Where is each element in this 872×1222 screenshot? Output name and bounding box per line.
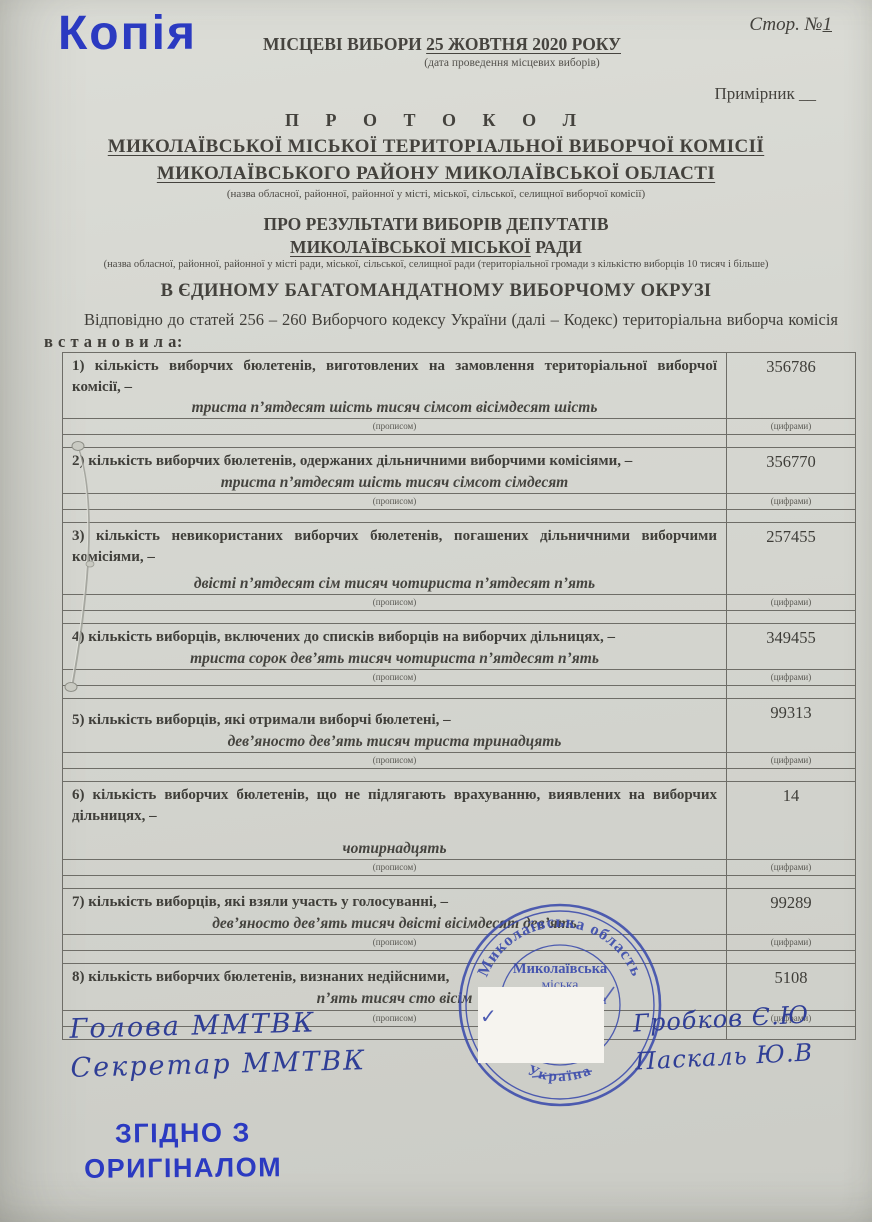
- page-label: Стор. №: [749, 14, 822, 35]
- tsyframy-caption: (цифрами): [727, 595, 855, 610]
- spacer-row: [63, 434, 855, 447]
- spacer-row: [63, 768, 855, 781]
- election-date: 25 ЖОВТНЯ 2020 РОКУ: [426, 34, 621, 54]
- row-amount-words: дев’яносто дев’ять тисяч триста тринадця…: [72, 733, 717, 751]
- tsyframy-caption: (цифрами): [727, 419, 855, 434]
- row-amount-words: триста п’ятдесят шість тисяч сімсот вісі…: [72, 399, 717, 417]
- row-question: 2) кількість виборчих бюлетенів, одержан…: [72, 451, 717, 472]
- table-row: 2) кількість виборчих бюлетенів, одержан…: [63, 447, 855, 522]
- row-amount-digits: 349455: [727, 624, 855, 669]
- row-amount-digits: 257455: [727, 523, 855, 594]
- intro-spaced-word: в с т а н о в и л а:: [44, 332, 183, 351]
- results-caption: (назва обласної, районної, районної у мі…: [0, 259, 872, 270]
- propysom-caption: (прописом): [63, 860, 727, 875]
- tsyframy-caption: (цифрами): [727, 753, 855, 768]
- results-heading-line2: МИКОЛАЇВСЬКОЇ МІСЬКОЇ РАДИ: [0, 237, 872, 258]
- table-row: 1) кількість виборчих бюлетенів, виготов…: [63, 353, 855, 447]
- commission-caption: (назва обласної, районної, районної у мі…: [0, 188, 872, 200]
- table-row: 5) кількість виборців, які отримали вибо…: [63, 698, 855, 781]
- row-question: 5) кількість виборців, які отримали вибо…: [72, 710, 717, 731]
- results-rada-rest: РАДИ: [531, 237, 582, 257]
- spacer-row: [63, 509, 855, 522]
- commission-name-line2: МИКОЛАЇВСЬКОГО РАЙОНУ МИКОЛАЇВСЬКОЇ ОБЛА…: [0, 163, 872, 185]
- row-amount-words: чотирнадцять: [72, 840, 717, 858]
- page-number: 1: [823, 14, 833, 35]
- election-date-caption: (дата проведення місцевих виборів): [224, 57, 660, 69]
- election-header: МІСЦЕВІ ВИБОРИ 25 ЖОВТНЯ 2020 РОКУ (дата…: [224, 34, 660, 69]
- results-heading-line1: ПРО РЕЗУЛЬТАТИ ВИБОРІВ ДЕПУТАТІВ: [0, 214, 872, 235]
- row-amount-digits: 356770: [727, 448, 855, 493]
- row-amount-digits: 356786: [727, 353, 855, 418]
- tsyframy-caption: (цифрами): [727, 860, 855, 875]
- certified-copy-line2: ОРИГІНАЛОМ: [84, 1150, 282, 1187]
- propysom-caption: (прописом): [63, 419, 727, 434]
- row-amount-words: триста п’ятдесят шість тисяч сімсот сімд…: [72, 474, 717, 492]
- row-amount-words: двісті п’ятдесят сім тисяч чотириста п’я…: [72, 575, 717, 593]
- row-question: 1) кількість виборчих бюлетенів, виготов…: [72, 356, 717, 397]
- binding-thread: [48, 424, 112, 714]
- handwritten-names: Гробков Є.Ю Паскаль Ю.В: [632, 995, 814, 1081]
- results-rada-underlined: МИКОЛАЇВСЬКОЇ МІСЬКОЇ: [290, 237, 531, 257]
- protocol-heading: П Р О Т О К О Л: [0, 110, 872, 131]
- copy-number-label: Примірник __: [714, 84, 816, 104]
- spacer-row: [63, 875, 855, 888]
- row-question: 3) кількість невикористаних виборчих бюл…: [72, 526, 717, 567]
- table-row: 4) кількість виборців, включених до спис…: [63, 623, 855, 698]
- election-title: МІСЦЕВІ ВИБОРИ: [263, 34, 426, 54]
- tsyframy-caption: (цифрами): [727, 494, 855, 509]
- okrug-heading: В ЄДИНОМУ БАГАТОМАНДАТНОМУ ВИБОРЧОМУ ОКР…: [0, 281, 872, 302]
- handwritten-roles: Голова ММТВК Секретар ММТВК: [69, 1002, 367, 1088]
- election-title-line: МІСЦЕВІ ВИБОРИ 25 ЖОВТНЯ 2020 РОКУ: [224, 34, 660, 55]
- intro-text: Відповідно до статей 256 – 260 Виборчого…: [84, 310, 838, 329]
- scanned-protocol-page: Копія МІСЦЕВІ ВИБОРИ 25 ЖОВТНЯ 2020 РОКУ…: [0, 0, 872, 1222]
- tsyframy-caption: (цифрами): [727, 670, 855, 685]
- stamp-line1: Миколаївська: [513, 961, 608, 977]
- certified-copy-line1: ЗГІДНО З: [84, 1115, 282, 1152]
- row-amount-digits: 99313: [727, 699, 855, 752]
- copy-stamp: Копія: [58, 6, 197, 61]
- stamp-checkmark: ✓: [480, 1006, 497, 1028]
- spacer-row: [63, 685, 855, 698]
- propysom-caption: (прописом): [63, 670, 727, 685]
- commission-name-line1: МИКОЛАЇВСЬКОЇ МІСЬКОЇ ТЕРИТОРІАЛЬНОЇ ВИБ…: [0, 136, 872, 158]
- row-amount-digits: 99289: [727, 889, 855, 934]
- propysom-caption: (прописом): [63, 494, 727, 509]
- row-question: 4) кількість виборців, включених до спис…: [72, 627, 717, 648]
- table-row: 3) кількість невикористаних виборчих бюл…: [63, 522, 855, 623]
- table-row: 6) кількість виборчих бюлетенів, що не п…: [63, 781, 855, 888]
- row-amount-words: триста сорок дев’ять тисяч чотириста п’я…: [72, 650, 717, 668]
- tsyframy-caption: (цифрами): [727, 935, 855, 950]
- intro-paragraph: Відповідно до статей 256 – 260 Виборчого…: [44, 309, 838, 353]
- page-number-label: Стор. №1: [749, 14, 832, 36]
- propysom-caption: (прописом): [63, 753, 727, 768]
- propysom-caption: (прописом): [63, 595, 727, 610]
- protocol-title-block: П Р О Т О К О Л МИКОЛАЇВСЬКОЇ МІСЬКОЇ ТЕ…: [0, 110, 872, 302]
- redaction-patch: [478, 987, 604, 1063]
- certified-copy-stamp: ЗГІДНО З ОРИГІНАЛОМ: [84, 1115, 283, 1187]
- row-amount-digits: 14: [727, 782, 855, 859]
- spacer-row: [63, 610, 855, 623]
- handwritten-role-secretary: Секретар ММТВК: [70, 1041, 367, 1088]
- row-question: 6) кількість виборчих бюлетенів, що не п…: [72, 785, 717, 826]
- handwritten-name-secretary: Паскаль Ю.В: [634, 1034, 814, 1082]
